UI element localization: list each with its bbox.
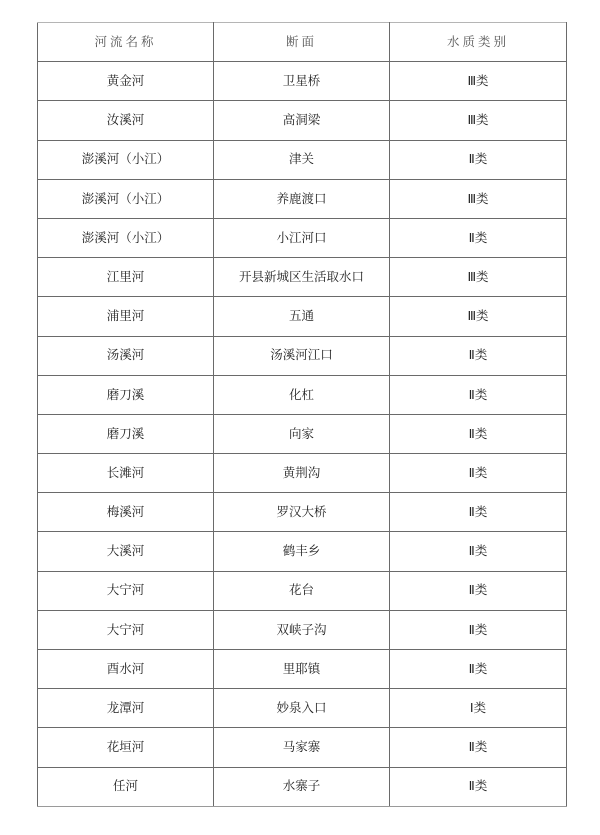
water-class-cell: Ⅲ类: [390, 258, 567, 297]
water-class-cell: Ⅱ类: [390, 767, 567, 806]
section-cell: 小江河口: [214, 218, 390, 257]
section-cell: 津关: [214, 140, 390, 179]
table-row: 酉水河里耶镇Ⅱ类: [38, 650, 567, 689]
section-cell: 卫星桥: [214, 62, 390, 101]
section-cell: 花台: [214, 571, 390, 610]
water-class-cell: Ⅱ类: [390, 728, 567, 767]
water-class-cell: Ⅲ类: [390, 101, 567, 140]
section-cell: 妙泉入口: [214, 689, 390, 728]
water-class-cell: Ⅲ类: [390, 297, 567, 336]
section-cell: 向家: [214, 414, 390, 453]
water-class-cell: Ⅱ类: [390, 571, 567, 610]
river-name-cell: 汝溪河: [38, 101, 214, 140]
section-cell: 里耶镇: [214, 650, 390, 689]
table-row: 磨刀溪向家Ⅱ类: [38, 414, 567, 453]
water-class-cell: Ⅱ类: [390, 650, 567, 689]
section-cell: 养鹿渡口: [214, 179, 390, 218]
river-name-cell: 磨刀溪: [38, 375, 214, 414]
river-name-cell: 任河: [38, 767, 214, 806]
table-row: 汤溪河汤溪河江口Ⅱ类: [38, 336, 567, 375]
table-row: 任河水寨子Ⅱ类: [38, 767, 567, 806]
river-name-cell: 浦里河: [38, 297, 214, 336]
table-row: 澎溪河（小江）养鹿渡口Ⅲ类: [38, 179, 567, 218]
section-cell: 黄荆沟: [214, 454, 390, 493]
table-row: 长滩河黄荆沟Ⅱ类: [38, 454, 567, 493]
header-river-name: 河流名称: [38, 23, 214, 62]
header-section: 断面: [214, 23, 390, 62]
table-row: 梅溪河罗汉大桥Ⅱ类: [38, 493, 567, 532]
water-class-cell: Ⅲ类: [390, 62, 567, 101]
river-name-cell: 江里河: [38, 258, 214, 297]
table-row: 龙潭河妙泉入口Ⅰ类: [38, 689, 567, 728]
section-cell: 马家寨: [214, 728, 390, 767]
table-row: 江里河开县新城区生活取水口Ⅲ类: [38, 258, 567, 297]
river-name-cell: 澎溪河（小江）: [38, 140, 214, 179]
section-cell: 罗汉大桥: [214, 493, 390, 532]
section-cell: 开县新城区生活取水口: [214, 258, 390, 297]
table-row: 大宁河花台Ⅱ类: [38, 571, 567, 610]
water-class-cell: Ⅱ类: [390, 218, 567, 257]
river-name-cell: 龙潭河: [38, 689, 214, 728]
river-name-cell: 澎溪河（小江）: [38, 218, 214, 257]
section-cell: 双峡子沟: [214, 610, 390, 649]
header-water-quality-class: 水质类别: [390, 23, 567, 62]
water-class-cell: Ⅱ类: [390, 414, 567, 453]
water-class-cell: Ⅰ类: [390, 689, 567, 728]
table-body: 黄金河卫星桥Ⅲ类汝溪河高洞梁Ⅲ类澎溪河（小江）津关Ⅱ类澎溪河（小江）养鹿渡口Ⅲ类…: [38, 62, 567, 807]
water-class-cell: Ⅱ类: [390, 375, 567, 414]
river-name-cell: 酉水河: [38, 650, 214, 689]
water-class-cell: Ⅱ类: [390, 493, 567, 532]
table-row: 花垣河马家寨Ⅱ类: [38, 728, 567, 767]
water-class-cell: Ⅱ类: [390, 454, 567, 493]
river-name-cell: 大溪河: [38, 532, 214, 571]
table-header-row: 河流名称 断面 水质类别: [38, 23, 567, 62]
river-name-cell: 磨刀溪: [38, 414, 214, 453]
river-name-cell: 梅溪河: [38, 493, 214, 532]
river-name-cell: 大宁河: [38, 610, 214, 649]
water-class-cell: Ⅱ类: [390, 140, 567, 179]
table-row: 澎溪河（小江）津关Ⅱ类: [38, 140, 567, 179]
table-row: 浦里河五通Ⅲ类: [38, 297, 567, 336]
table-row: 磨刀溪化杠Ⅱ类: [38, 375, 567, 414]
water-class-cell: Ⅲ类: [390, 179, 567, 218]
water-class-cell: Ⅱ类: [390, 336, 567, 375]
section-cell: 高洞梁: [214, 101, 390, 140]
table-row: 大溪河鹤丰乡Ⅱ类: [38, 532, 567, 571]
river-name-cell: 汤溪河: [38, 336, 214, 375]
river-name-cell: 黄金河: [38, 62, 214, 101]
river-name-cell: 长滩河: [38, 454, 214, 493]
table-row: 大宁河双峡子沟Ⅱ类: [38, 610, 567, 649]
river-name-cell: 花垣河: [38, 728, 214, 767]
table-row: 澎溪河（小江）小江河口Ⅱ类: [38, 218, 567, 257]
river-name-cell: 大宁河: [38, 571, 214, 610]
section-cell: 五通: [214, 297, 390, 336]
section-cell: 水寨子: [214, 767, 390, 806]
water-quality-table: 河流名称 断面 水质类别 黄金河卫星桥Ⅲ类汝溪河高洞梁Ⅲ类澎溪河（小江）津关Ⅱ类…: [37, 22, 567, 807]
section-cell: 化杠: [214, 375, 390, 414]
table-row: 黄金河卫星桥Ⅲ类: [38, 62, 567, 101]
river-name-cell: 澎溪河（小江）: [38, 179, 214, 218]
water-class-cell: Ⅱ类: [390, 532, 567, 571]
water-class-cell: Ⅱ类: [390, 610, 567, 649]
section-cell: 鹤丰乡: [214, 532, 390, 571]
table-row: 汝溪河高洞梁Ⅲ类: [38, 101, 567, 140]
section-cell: 汤溪河江口: [214, 336, 390, 375]
